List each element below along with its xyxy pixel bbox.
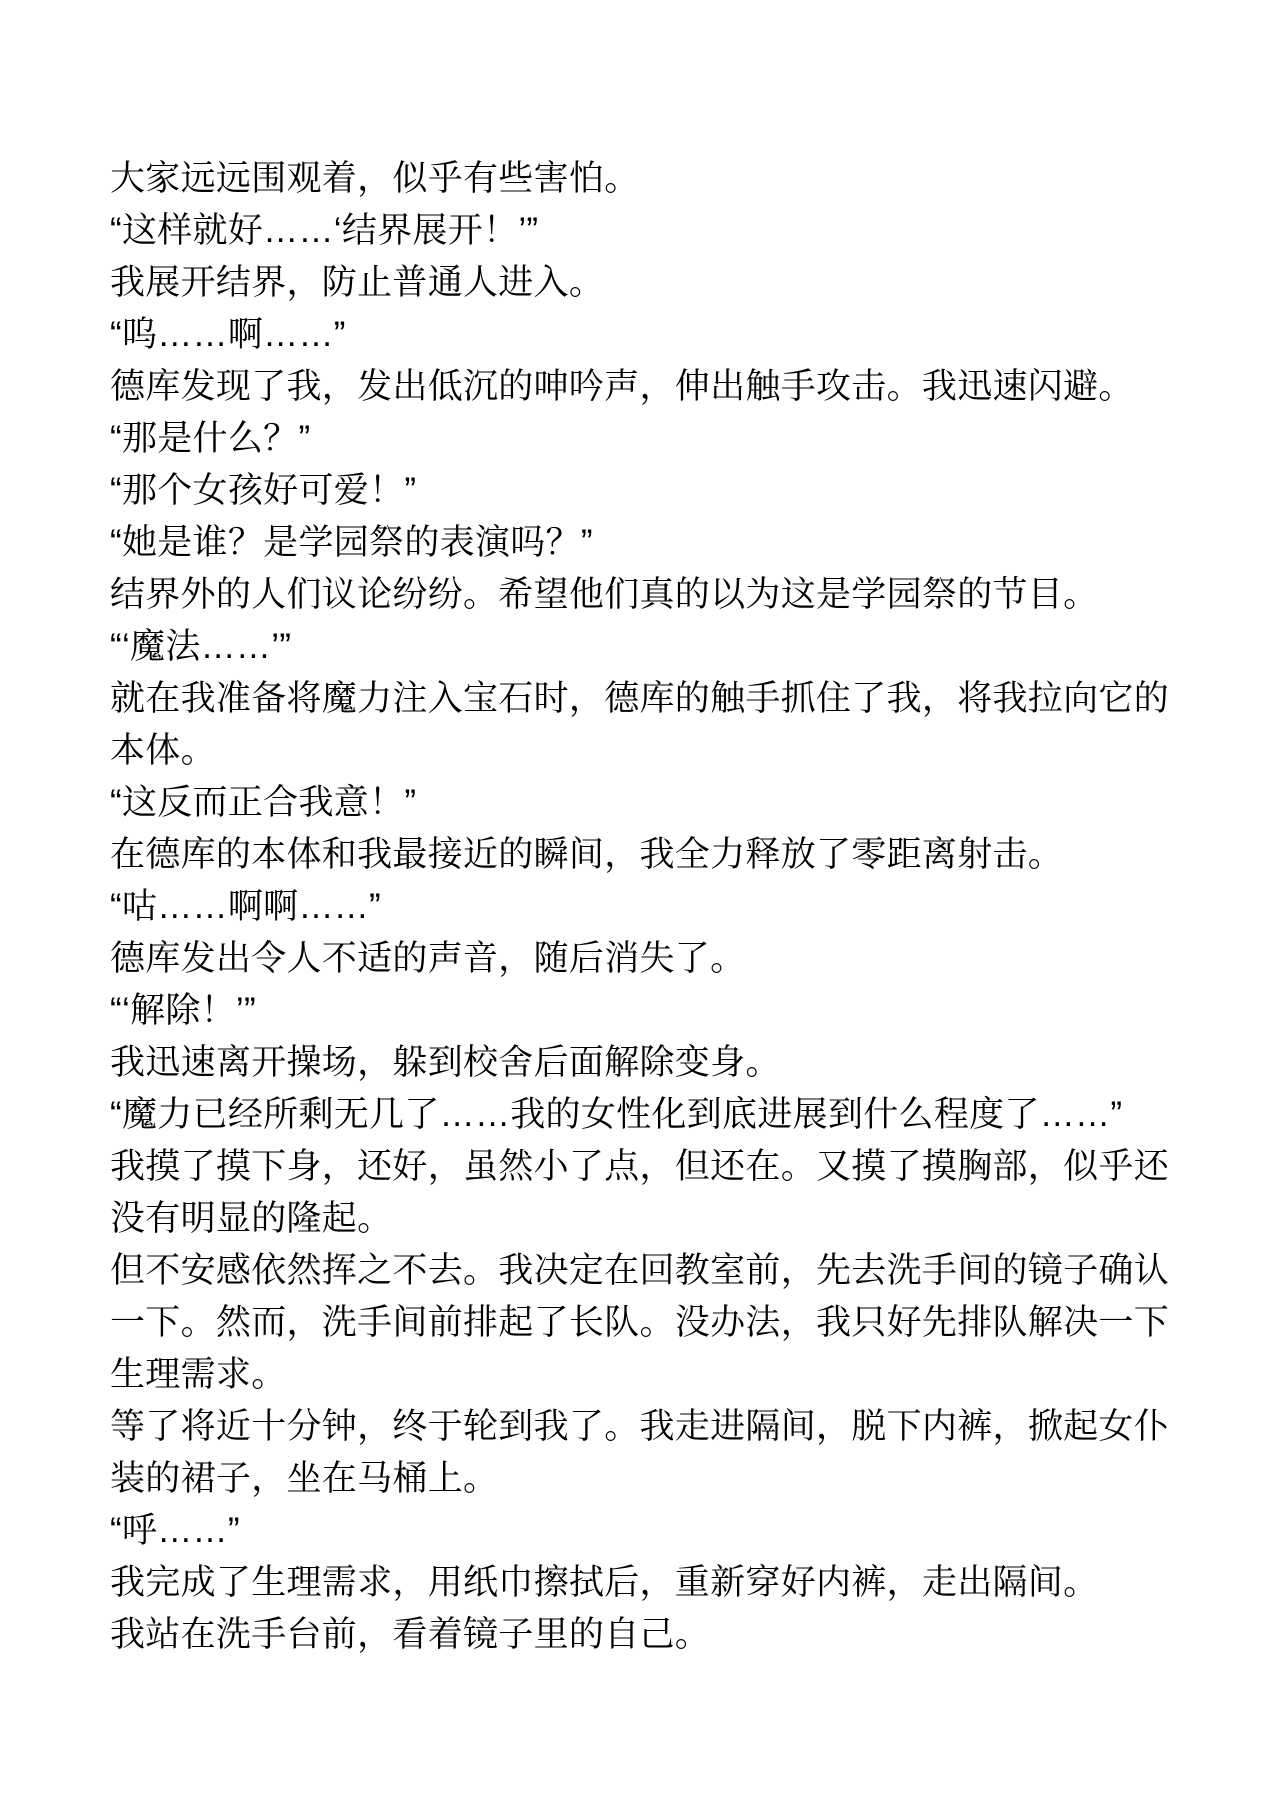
text-line: “呜……啊……”	[110, 309, 1200, 361]
text-line: 在德库的本体和我最接近的瞬间，我全力释放了零距离射击。	[110, 829, 1200, 881]
text-line: 大家远远围观着，似乎有些害怕。	[110, 153, 1200, 205]
text-line: 德库发现了我，发出低沉的呻吟声，伸出触手攻击。我迅速闪避。	[110, 361, 1200, 413]
text-line: 我迅速离开操场，躲到校舍后面解除变身。	[110, 1037, 1200, 1089]
text-line: “魔力已经所剩无几了……我的女性化到底进展到什么程度了……”	[110, 1089, 1200, 1141]
novel-text-block: 大家远远围观着，似乎有些害怕。“这样就好……‘结界展开！’”我展开结界，防止普通…	[110, 153, 1200, 1661]
text-line: “‘魔法……’”	[110, 621, 1200, 673]
text-line: 我站在洗手台前，看着镜子里的自己。	[110, 1609, 1200, 1661]
text-line: “这反而正合我意！”	[110, 777, 1200, 829]
text-line: 但不安感依然挥之不去。我决定在回教室前，先去洗手间的镜子确认	[110, 1245, 1200, 1297]
text-line: “这样就好……‘结界展开！’”	[110, 205, 1200, 257]
text-line: 没有明显的隆起。	[110, 1193, 1200, 1245]
text-line: 生理需求。	[110, 1349, 1200, 1401]
text-line: 一下。然而，洗手间前排起了长队。没办法，我只好先排队解决一下	[110, 1297, 1200, 1349]
text-line: 我摸了摸下身，还好，虽然小了点，但还在。又摸了摸胸部，似乎还	[110, 1141, 1200, 1193]
text-line: “她是谁？是学园祭的表演吗？”	[110, 517, 1200, 569]
text-line: 结界外的人们议论纷纷。希望他们真的以为这是学园祭的节目。	[110, 569, 1200, 621]
text-line: 就在我准备将魔力注入宝石时，德库的触手抓住了我，将我拉向它的	[110, 673, 1200, 725]
text-line: “那是什么？”	[110, 413, 1200, 465]
text-line: 我完成了生理需求，用纸巾擦拭后，重新穿好内裤，走出隔间。	[110, 1557, 1200, 1609]
text-line: 等了将近十分钟，终于轮到我了。我走进隔间，脱下内裤，掀起女仆	[110, 1401, 1200, 1453]
novel-page: 大家远远围观着，似乎有些害怕。“这样就好……‘结界展开！’”我展开结界，防止普通…	[0, 0, 1280, 1810]
text-line: 我展开结界，防止普通人进入。	[110, 257, 1200, 309]
text-line: 德库发出令人不适的声音，随后消失了。	[110, 933, 1200, 985]
text-line: 本体。	[110, 725, 1200, 777]
text-line: 装的裙子，坐在马桶上。	[110, 1453, 1200, 1505]
text-line: “咕……啊啊……”	[110, 881, 1200, 933]
text-line: “呼……”	[110, 1505, 1200, 1557]
text-line: “那个女孩好可爱！”	[110, 465, 1200, 517]
text-line: “‘解除！’”	[110, 985, 1200, 1037]
